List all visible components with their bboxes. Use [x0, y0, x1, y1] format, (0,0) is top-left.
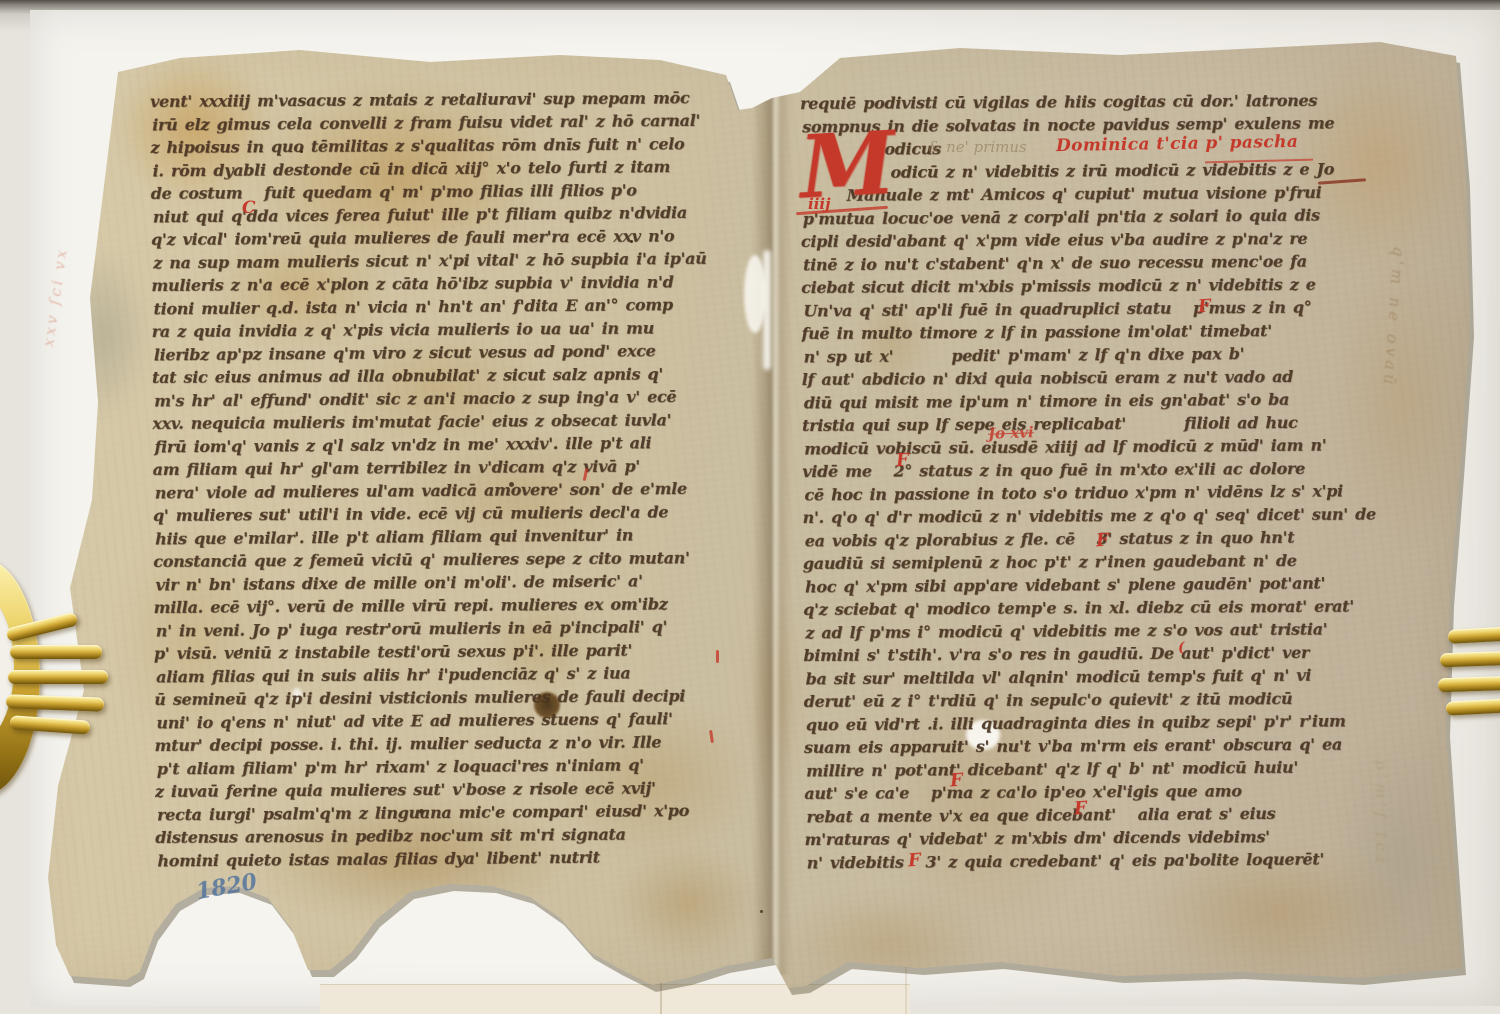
faded-interline-note: & ne' primus — [928, 138, 1027, 156]
clamp-finger — [1446, 698, 1500, 715]
initial-accent-de: ( — [1177, 640, 1185, 656]
clamp-finger — [1440, 651, 1500, 668]
paraph-mark: F — [1073, 798, 1087, 820]
paraph-mark: F — [1095, 530, 1109, 552]
clamp-finger — [10, 645, 102, 659]
manuscript-photograph: vent' xxxiiij m'vasacus z mtais z retali… — [0, 0, 1500, 1014]
backing-lower-sheet — [320, 984, 910, 1014]
paraph-mark: F — [949, 770, 963, 792]
paraph-mark: F — [907, 850, 921, 872]
manuscript-line: homini quieto istas malas filias dya' li… — [157, 844, 755, 872]
paraph-mark: F — [1197, 296, 1211, 318]
struck-red-word: Jo xvi — [988, 423, 1034, 443]
clamp-finger — [1438, 676, 1500, 693]
left-page-text: vent' xxxiiij m'vasacus z mtais z retali… — [150, 86, 756, 880]
red-numeral: iiij — [808, 195, 831, 213]
corner-annotation: p'm'ſ lcz — [1372, 760, 1390, 980]
red-tick — [716, 650, 719, 663]
rubric-heading: Dominica t'cia p' pascha — [1056, 132, 1299, 156]
paraph-mark: F — [895, 450, 909, 472]
initial-accent-left: C — [242, 198, 256, 218]
manuscript-line: n' videbitis 3' z quia credebant' q' eis… — [807, 847, 1390, 874]
clamp-finger — [8, 670, 108, 684]
clamp-finger — [1448, 626, 1500, 644]
